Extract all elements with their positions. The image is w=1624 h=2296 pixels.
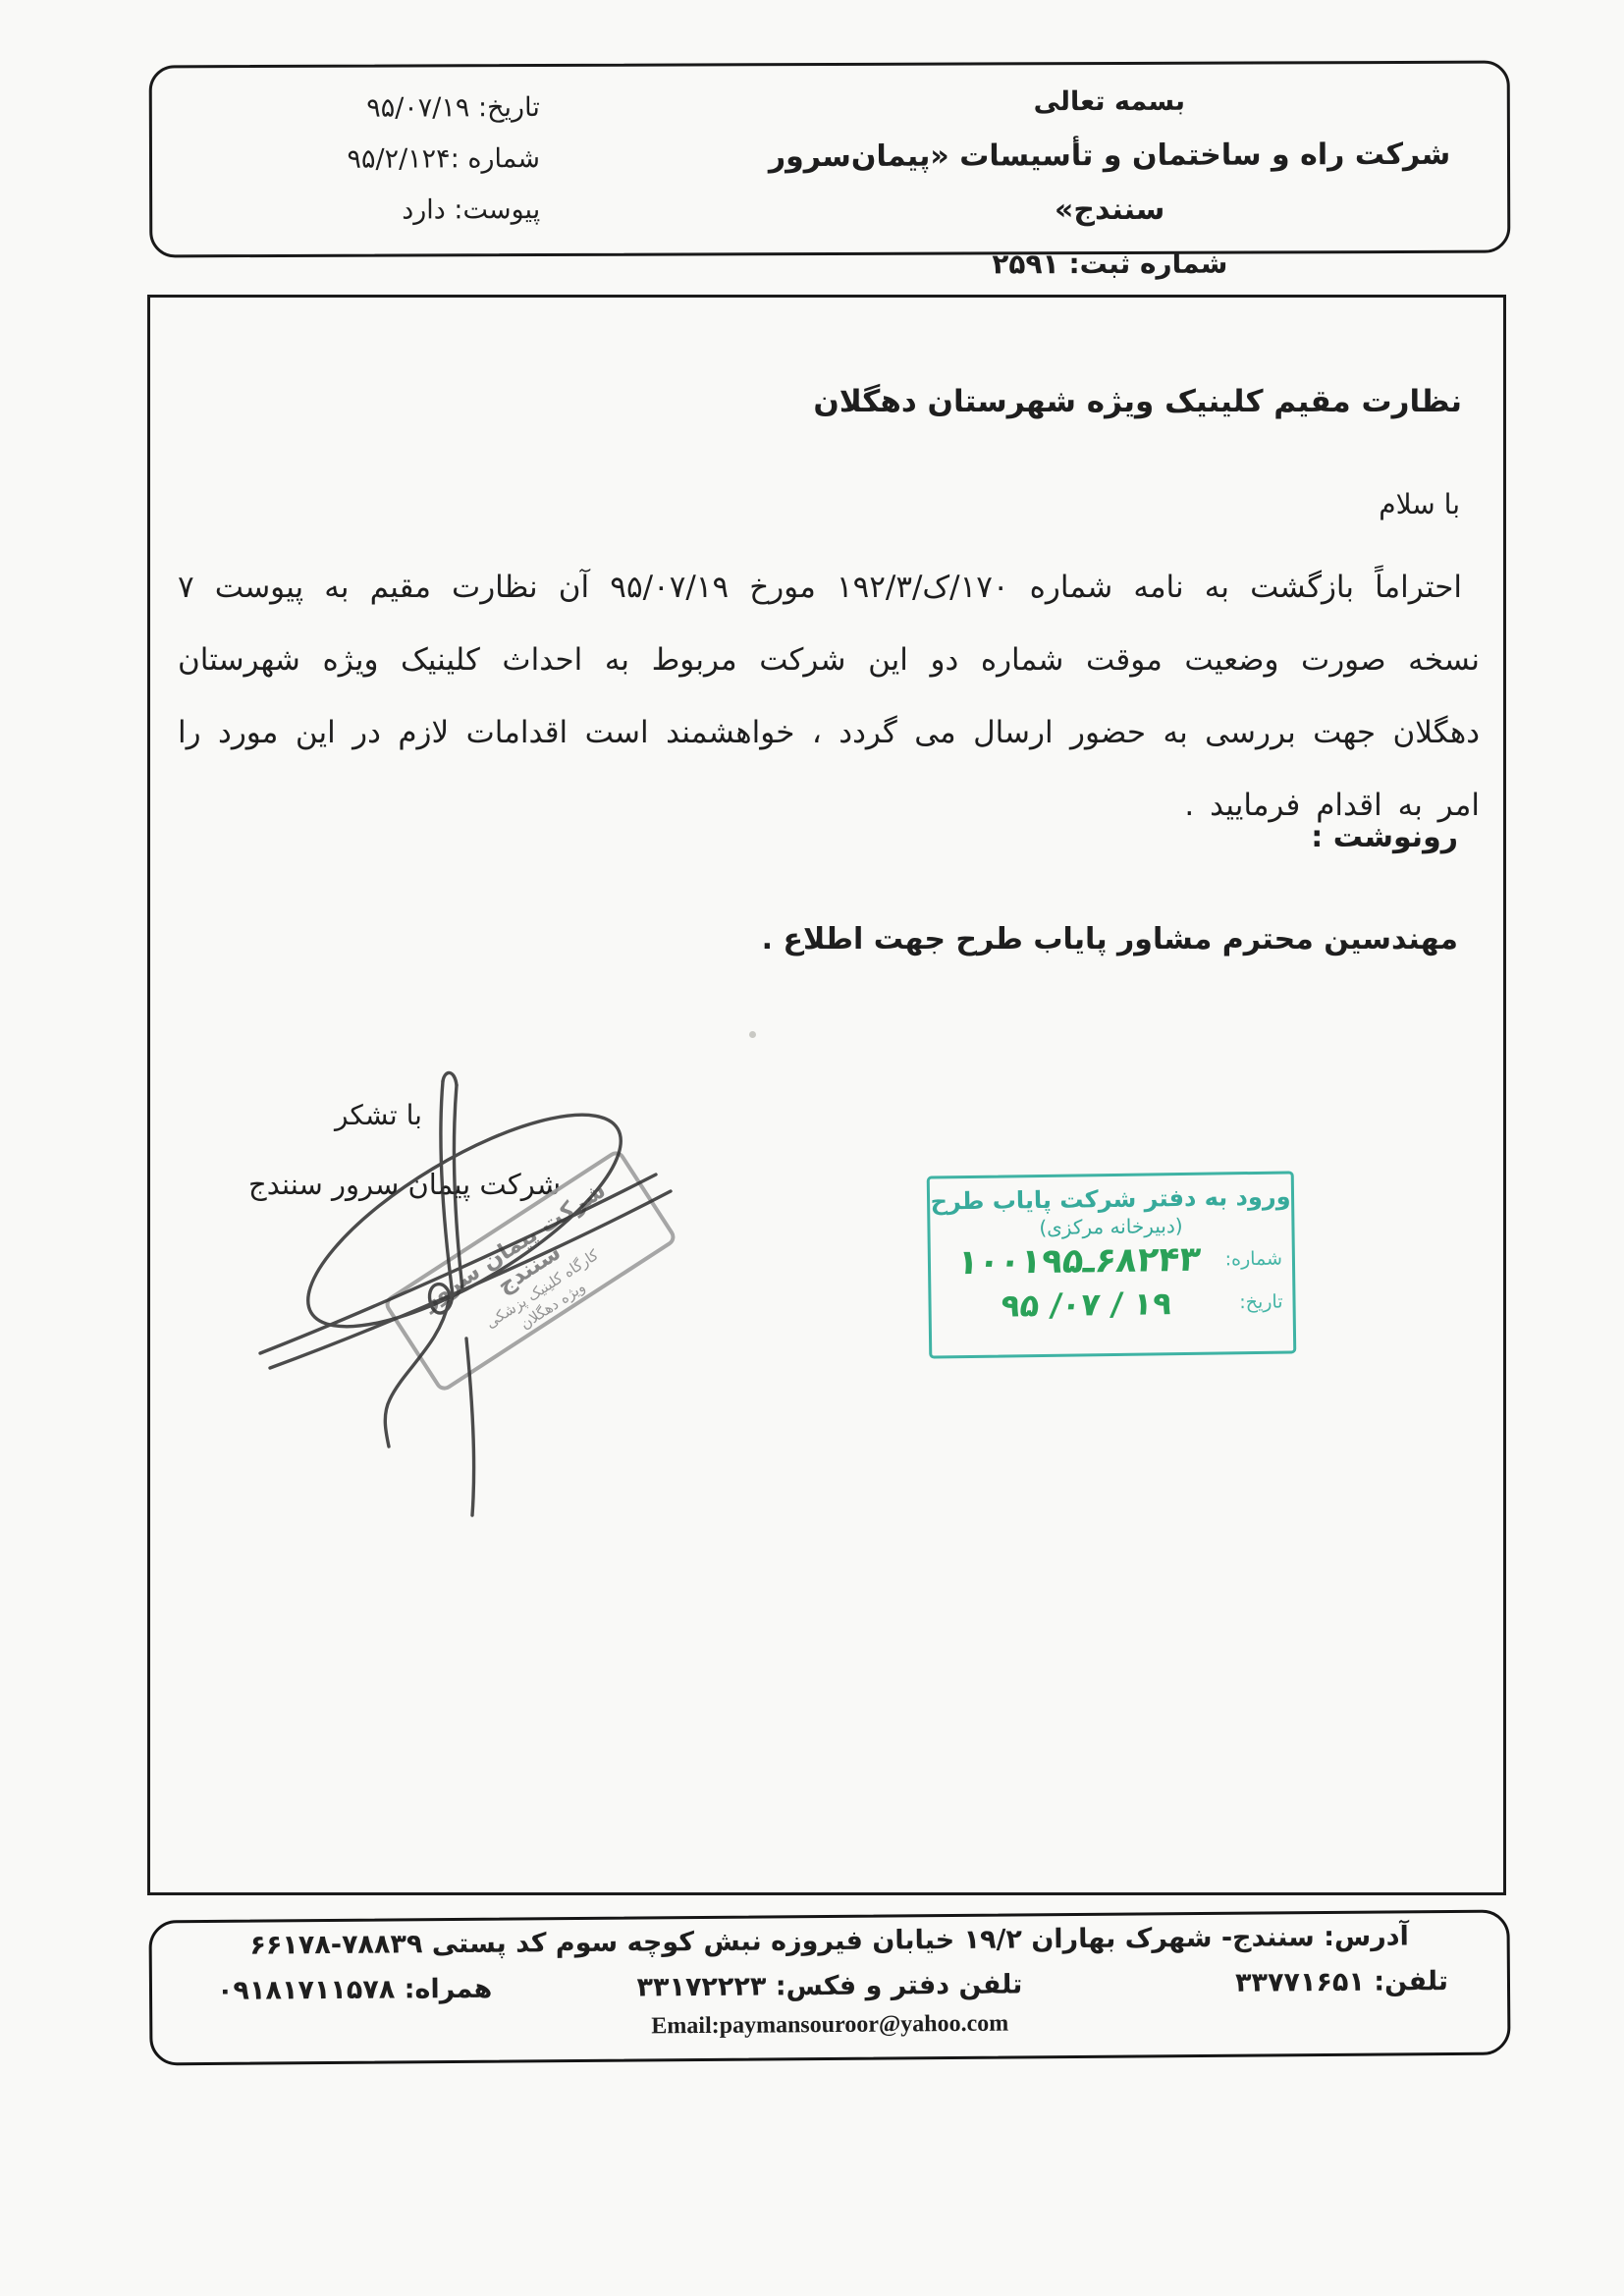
body-text-1: احتراماً بازگشت به نامه شماره: [1009, 570, 1462, 605]
letterhead-center: بسمه تعالی شرکت راه و ساختمان و تأسیسات …: [731, 74, 1489, 293]
receipt-date-handwritten: ۹۵ /۰۷ / ۱۹: [940, 1287, 1233, 1321]
receipt-stamp: ورود به دفتر شرکت پایاب طرح (دبیرخانه مر…: [927, 1171, 1297, 1358]
receipt-date-label: تاریخ:: [1239, 1291, 1283, 1314]
postal-code: ۶۶۱۷۸-۷۸۸۳۹: [249, 1929, 422, 1960]
letterhead-box: تاریخ: ۹۵/۰۷/۱۹ شماره :۹۵/۲/۱۲۴ پیوست: د…: [149, 61, 1511, 258]
letter-number-value: ۹۵/۲/۱۲۴: [347, 143, 450, 174]
letter-number-label: شماره :: [451, 143, 540, 174]
salutation: با سلام: [1379, 488, 1460, 520]
address-line: آدرس: سنندج- شهرک بهاران ۱۹/۲ خیابان فیر…: [152, 1921, 1507, 1962]
scan-artifact-dot: [749, 1031, 756, 1038]
letter-date-label: تاریخ:: [478, 92, 540, 123]
contact-row: تلفن: ۳۳۷۷۱۶۵۱ تلفن دفتر و فکس: ۳۳۱۷۲۲۲۳…: [152, 1966, 1507, 2012]
company-name: شرکت راه و ساختمان و تأسیسات «پیمان‌سرور…: [731, 128, 1488, 239]
letter-meta: تاریخ: ۹۵/۰۷/۱۹ شماره :۹۵/۲/۱۲۴ پیوست: د…: [245, 82, 541, 237]
besmellah: بسمه تعالی: [731, 74, 1488, 131]
subject-line: نظارت مقیم کلینیک ویژه شهرستان دهگلان: [813, 384, 1462, 419]
letter-attachment: پیوست: دارد: [245, 185, 540, 237]
body-text-3: آن نظارت مقیم به پیوست ۷ نسخه صورت وضعیت…: [178, 570, 1480, 823]
address-text: آدرس: سنندج- شهرک بهاران ۱۹/۲ خیابان فیر…: [422, 1921, 1409, 1959]
body-paragraph: احتراماً بازگشت به نامه شماره ۱۹۲/۳/ک/۱۷…: [178, 551, 1480, 842]
body-text-2: مورخ: [729, 570, 837, 605]
receipt-stamp-title: ورود به دفتر شرکت پایاب طرح: [930, 1181, 1291, 1216]
footer-box: آدرس: سنندج- شهرک بهاران ۱۹/۲ خیابان فیر…: [148, 1910, 1510, 2066]
copy-recipient: مهندسین محترم مشاور پایاب طرح جهت اطلاع …: [762, 922, 1458, 957]
letter-date-value: ۹۵/۰۷/۱۹: [366, 92, 469, 123]
registration-number: شماره ثبت: ۲۵۹۱: [731, 236, 1488, 293]
copy-heading: رونوشت :: [1311, 820, 1458, 854]
letter-number: شماره :۹۵/۲/۱۲۴: [245, 134, 540, 186]
email-address: Email:paymansouroor@yahoo.com: [152, 2007, 1507, 2045]
letter-date: تاریخ: ۹۵/۰۷/۱۹: [245, 82, 540, 135]
ref-number: ۱۹۲/۳/ک/۱۷۰: [837, 570, 1009, 605]
scanned-letter-page: تاریخ: ۹۵/۰۷/۱۹ شماره :۹۵/۲/۱۲۴ پیوست: د…: [0, 0, 1624, 2296]
receipt-date-row: تاریخ: ۹۵ /۰۷ / ۱۹: [931, 1280, 1293, 1328]
signature-scribble: [209, 1044, 847, 1535]
ref-date: ۹۵/۰۷/۱۹: [610, 570, 729, 605]
letter-body-box: نظارت مقیم کلینیک ویژه شهرستان دهگلان با…: [147, 295, 1506, 1895]
mobile-number: همراه: ۰۹۱۸۱۷۱۱۵۷۸: [217, 1974, 493, 2006]
receipt-number-label: شماره:: [1225, 1248, 1283, 1271]
receipt-number-handwritten: ۱۰۰۱۹۵ـ۶۸۲۴۳: [939, 1244, 1218, 1278]
receipt-number-row: شماره: ۱۰۰۱۹۵ـ۶۸۲۴۳: [931, 1236, 1293, 1285]
